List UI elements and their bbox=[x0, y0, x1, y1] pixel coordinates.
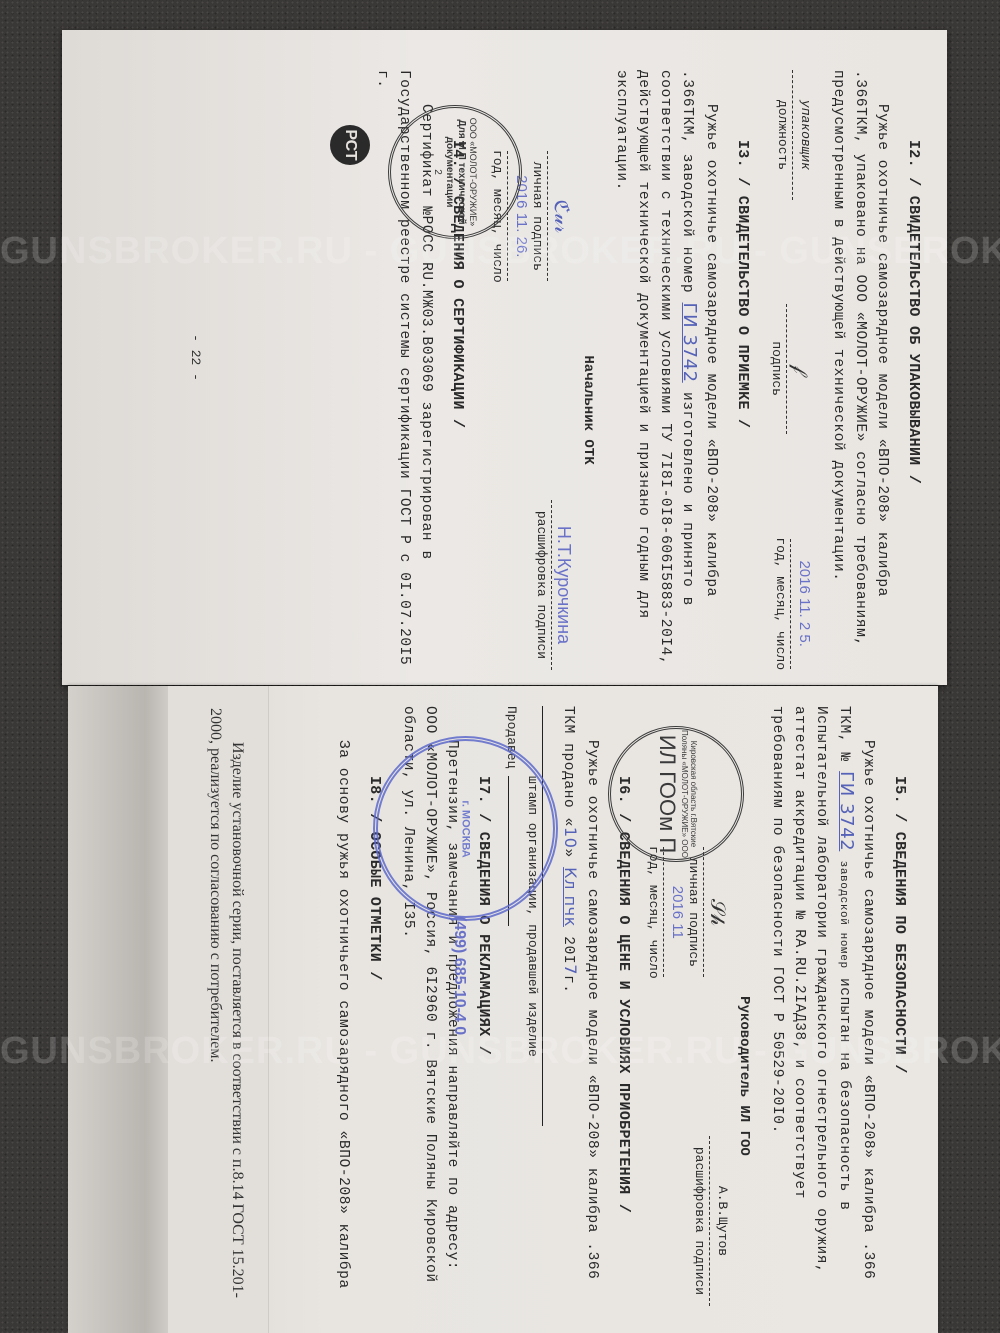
section-12-title: I2. / СВИДЕТЕЛЬСТВО ОБ УПАКОВЫВАНИИ / bbox=[905, 140, 922, 670]
rst-certification-logo: РСТ bbox=[330, 125, 370, 165]
molot-seal-tech-docs: ООО «МОЛОТ-ОРУЖИЕ» Для М П технической д… bbox=[388, 105, 522, 239]
serial-number: ГИ 3742 bbox=[836, 771, 857, 851]
otk-decoded: Н.Т.Курочкина расшифровка подписи bbox=[490, 500, 574, 670]
lab-signature: 𝒮𝒽 личная подпись 2016 11 год, месяц, чи… bbox=[646, 846, 730, 979]
otk-role: Начальник ОТК bbox=[580, 150, 596, 670]
section-12-signatures: упаковщик должность 𝒻 подпись 2016 11. 2… bbox=[769, 70, 813, 670]
packer-position: упаковщик должность bbox=[769, 70, 813, 200]
folded-edge bbox=[68, 686, 178, 1333]
section-13-text: Ружье охотничье самозарядное модели «ВПО… bbox=[610, 70, 722, 670]
packing-date: 2016 11. 2 5. год, месяц, число bbox=[769, 537, 813, 670]
watermark: GUNSBROKER.RU - GUNSBROKER.RU - GUNSBROK… bbox=[0, 1030, 1000, 1073]
lab-decoded: А.В.Щутов расшифровка подписи bbox=[646, 1136, 730, 1306]
insert-note: Изделие установочной серии, поставляется… bbox=[204, 708, 248, 1308]
insert-sheet: Изделие установочной серии, поставляется… bbox=[168, 686, 269, 1333]
section-12-text: Ружье охотничье самозарядное модели «ВПО… bbox=[827, 70, 893, 670]
watermark: GUNSBROKER.RU - GUNSBROKER.RU - GUNSBROK… bbox=[0, 230, 1000, 273]
serial-number: ГИ 3742 bbox=[679, 303, 700, 383]
section-18-text: За основу ружья охотничьего самозарядног… bbox=[332, 706, 354, 1306]
section-13-title: I3. / СВИДЕТЕЛЬСТВО О ПРИЕМКЕ / bbox=[734, 140, 751, 670]
lab-role: Руководитель ИЛ ГОО bbox=[736, 846, 752, 1306]
section-16-text: Ружье охотничье самозарядное модели «ВПО… bbox=[557, 706, 603, 1306]
lab-seal: Кировская область г.Вятские Поляны «МОЛО… bbox=[608, 726, 744, 862]
seller-stamp-phone: (499) 685-10-4 0 bbox=[450, 916, 468, 1035]
seller-stamp: г. МОСКВА bbox=[373, 736, 558, 921]
section-15-text: Ружье охотничье самозарядное модели «ВПО… bbox=[766, 706, 879, 1306]
packer-signature: 𝒻 подпись bbox=[769, 304, 813, 434]
page-number: - 22 - bbox=[188, 334, 203, 381]
bottom-page: Изделие установочной серии, поставляется… bbox=[68, 686, 938, 1333]
top-page: I2. / СВИДЕТЕЛЬСТВО ОБ УПАКОВЫВАНИИ / Ру… bbox=[62, 30, 947, 685]
